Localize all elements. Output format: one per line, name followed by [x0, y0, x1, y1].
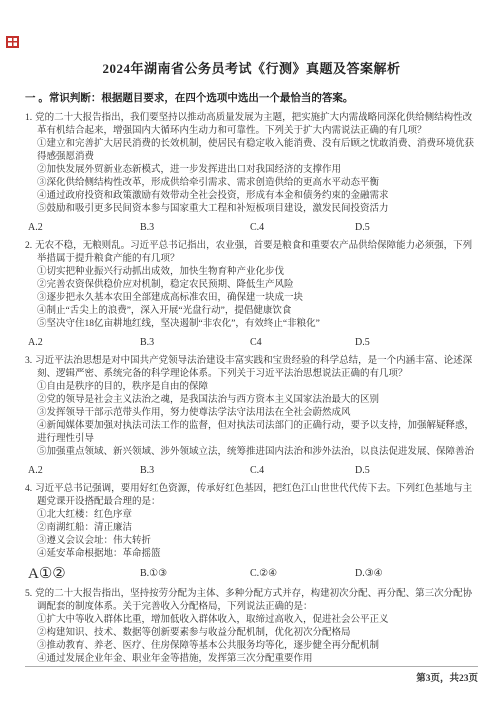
- question-item: ②加快发展外贸新业态新模式，进一步发挥进出口对我国经济的支撑作用: [25, 164, 478, 177]
- question-stem-text: 党的二十大报告指出，我们要坚持以推动高质量发展为主题，把实施扩大内需战略同深化供…: [35, 113, 472, 136]
- question-item: ①建立和完善扩大居民消费的长效机制，使居民有稳定收入能消费、没有后顾之忧敢消费、…: [25, 138, 478, 164]
- question-item: ⑤坚决守住18亿亩耕地红线，坚决遏制“非农化”，有效终止“非粮化”: [25, 318, 478, 331]
- option-c: C4: [250, 336, 355, 349]
- question-stem-text: 习近平总书记强调，要用好红色资源，传承好红色基因，把红色江山世世代代传下去。下列…: [35, 484, 472, 507]
- question-item: ②完善农资保供稳价应对机制，稳定农民预期、降低生产风险: [25, 279, 478, 292]
- red-grid-icon: [6, 36, 19, 48]
- question-item: ③遵义会议会址：伟大转折: [25, 535, 478, 548]
- question-stem-text: 党的二十大报告指出，坚持按劳分配为主体、多种分配方式并存，构建初次分配、再分配、…: [35, 589, 472, 612]
- question-item: ⑤鼓励和吸引更多民间资本参与国家重大工程和补短板项目建设，激发民间投资活力: [25, 203, 478, 216]
- option-c: C.②④: [250, 566, 355, 582]
- question-stem: 3.习近平法治思想是对中国共产党领导法治建设丰富实践和宝贵经验的科学总结，是一个…: [25, 355, 478, 381]
- options-row: A.2 B.3 C.4 D.5: [28, 464, 478, 477]
- question-stem: 4.习近平总书记强调，要用好红色资源，传承好红色基因，把红色江山世世代代传下去。…: [25, 483, 478, 509]
- question-item: ④通过政府投资和政策激励有效带动全社会投资，形成有本金和债务约束的金融需求: [25, 190, 478, 203]
- document-page: 2024年湖南省公务员考试《行测》真题及答案解析 一 。常识判断：根据题目要求，…: [0, 0, 500, 707]
- option-b: B.①③: [140, 566, 250, 582]
- page-footer: 第3页，共23页: [25, 666, 478, 685]
- section-header: 一 。常识判断：根据题目要求，在四个选项中选出一个最恰当的答案。: [25, 91, 478, 105]
- question-item: ④通过发展企业年金、职业年金等措施，发挥第三次分配重要作用: [25, 653, 478, 666]
- question-item: ②构建知识、技术、数据等创新要素参与收益分配机制，优化初次分配格局: [25, 627, 478, 640]
- option-c: C.4: [250, 221, 355, 234]
- question-item: ②南湖红船：清正廉洁: [25, 522, 478, 535]
- question-item: ④延安革命根据地：革命摇篮: [25, 548, 478, 561]
- question-item: ⑤加强重点领域、新兴领域、涉外领域立法，统筹推进国内法治和涉外法治，以良法促进发…: [25, 446, 478, 459]
- question-item: ②党的领导是社会主义法治之魂，是我国法治与西方资本主义国家法治最大的区别: [25, 394, 478, 407]
- question-item: ③发挥领导干部示范带头作用，努力使尊法学法守法用法在全社会蔚然成风: [25, 407, 478, 420]
- option-a: A.2: [28, 464, 140, 477]
- question-stem-text: 无农不稳，无粮则乱。习近平总书记指出，农业强，首要是粮食和重要农产品供给保障能力…: [35, 241, 472, 264]
- question-item: ④制止“舌尖上的浪费”，深入开展“光盘行动”，提倡健康饮食: [25, 305, 478, 318]
- option-a: A①②: [28, 566, 140, 582]
- question-item: ③推动教育、养老、医疗、住房保障等基本公共服务均等化，逐步健全再分配机制: [25, 640, 478, 653]
- option-c: C.4: [250, 464, 355, 477]
- option-d: D.5: [355, 221, 478, 234]
- question-number: 5.: [25, 589, 32, 599]
- question-item: ①自由是秩序的目的，秩序是自由的保障: [25, 381, 478, 394]
- question-1: 1.党的二十大报告指出，我们要坚持以推动高质量发展为主题，把实施扩大内需战略同深…: [25, 112, 478, 234]
- question-item: ③深化供给侧结构性改革，形成供给牵引需求、需求创造供给的更高水平动态平衡: [25, 177, 478, 190]
- question-stem-text: 习近平法治思想是对中国共产党领导法治建设丰富实践和宝贵经验的科学总结，是一个内涵…: [35, 356, 472, 379]
- question-3: 3.习近平法治思想是对中国共产党领导法治建设丰富实践和宝贵经验的科学总结，是一个…: [25, 355, 478, 477]
- question-item: ③逐步把永久基本农田全部建成高标准农田，确保建一块成一块: [25, 292, 478, 305]
- option-a: A.2: [28, 221, 140, 234]
- options-row: A.2 B.3 C4 D.5: [28, 336, 478, 349]
- page-number: 第3页，共23页: [25, 673, 478, 685]
- option-b: B.3: [140, 336, 250, 349]
- question-item: ④新闻媒体要加强对执法司法工作的监督，但对执法司法部门的正确行动，要予以支持，加…: [25, 420, 478, 446]
- option-d: D.③④: [355, 566, 478, 582]
- question-item: ①切实把种业振兴行动抓出成效，加快生物育种产业化步伐: [25, 266, 478, 279]
- question-item: ①北大红楼：红色序章: [25, 509, 478, 522]
- page-title: 2024年湖南省公务员考试《行测》真题及答案解析: [25, 61, 478, 77]
- question-2: 2.无农不稳，无粮则乱。习近平总书记指出，农业强，首要是粮食和重要农产品供给保障…: [25, 240, 478, 349]
- question-item: ①扩大中等收入群体比重，增加低收入群体收入，取缔过高收入，促进社会公平正义: [25, 614, 478, 627]
- option-d: D.5: [355, 464, 478, 477]
- question-number: 4.: [25, 484, 32, 494]
- question-5: 5.党的二十大报告指出，坚持按劳分配为主体、多种分配方式并存，构建初次分配、再分…: [25, 588, 478, 666]
- question-stem: 2.无农不稳，无粮则乱。习近平总书记指出，农业强，首要是粮食和重要农产品供给保障…: [25, 240, 478, 266]
- question-number: 2.: [25, 241, 32, 251]
- option-a: A.2: [28, 336, 140, 349]
- option-b: B.3: [140, 221, 250, 234]
- question-number: 1.: [25, 113, 32, 123]
- question-stem: 5.党的二十大报告指出，坚持按劳分配为主体、多种分配方式并存，构建初次分配、再分…: [25, 588, 478, 614]
- option-b: B.3: [140, 464, 250, 477]
- question-stem: 1.党的二十大报告指出，我们要坚持以推动高质量发展为主题，把实施扩大内需战略同深…: [25, 112, 478, 138]
- question-4: 4.习近平总书记强调，要用好红色资源，传承好红色基因，把红色江山世世代代传下去。…: [25, 483, 478, 582]
- option-d: D.5: [355, 336, 478, 349]
- question-number: 3.: [25, 356, 32, 366]
- options-row: A①② B.①③ C.②④ D.③④: [28, 566, 478, 582]
- options-row: A.2 B.3 C.4 D.5: [28, 221, 478, 234]
